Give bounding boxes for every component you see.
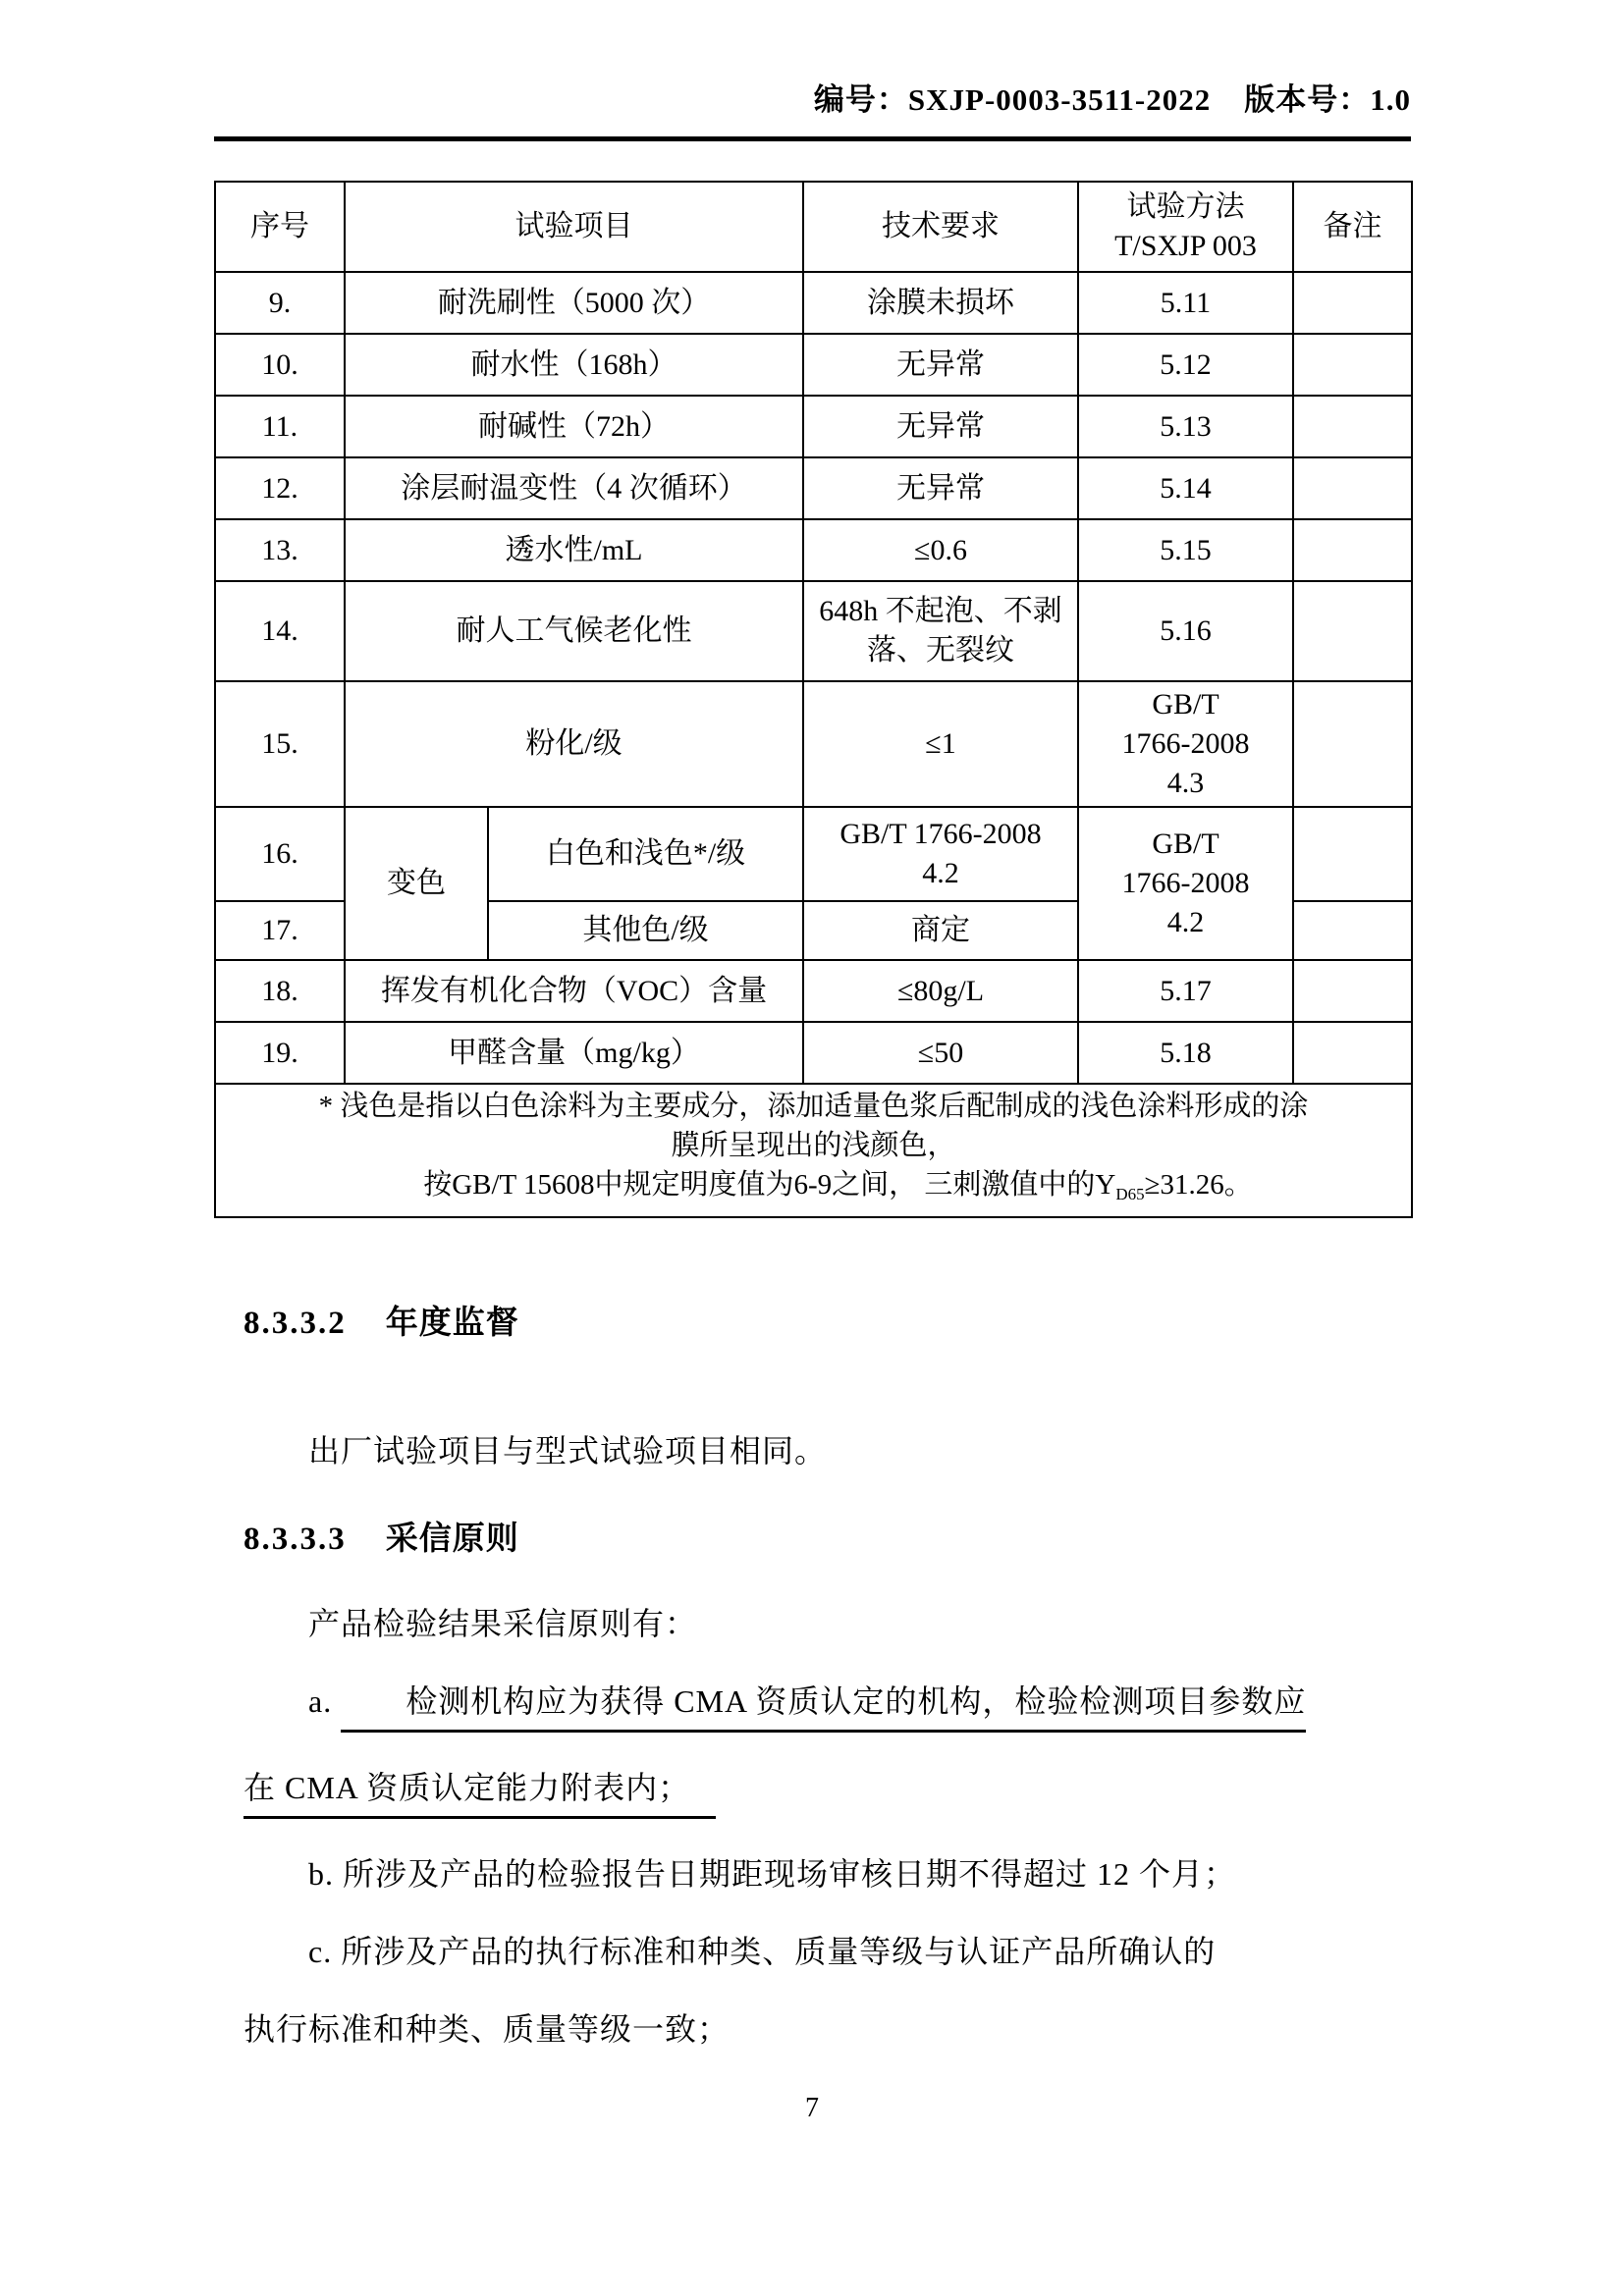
cell-requirement: 无异常 [803,334,1078,396]
paragraph-intro: 产品检验结果采信原则有： [214,1601,1411,1646]
cell-no: 17. [215,901,345,960]
cell-note [1293,960,1412,1022]
footnote-line1: * 浅色是指以白色涂料为主要成分，添加适量色浆后配制成的浅色涂料形成的涂 [222,1087,1405,1126]
paragraph-item-a-line1: a. 检测机构应为获得 CMA 资质认定的机构，检验检测项目参数应 [214,1679,1411,1733]
cell-requirement: 商定 [803,901,1078,960]
cell-item: 挥发有机化合物（VOC）含量 [345,960,803,1022]
table-row: 9. 耐洗刷性（5000 次） 涂膜未损坏 5.11 [215,272,1412,334]
section-number: 8.3.3.2 [244,1306,347,1341]
cell-sub-item: 白色和浅色*/级 [488,807,803,901]
cell-method: 5.14 [1078,457,1293,519]
col-header-method: 试验方法 T/SXJP 003 [1078,182,1293,272]
col-header-requirement: 技术要求 [803,182,1078,272]
cell-item: 透水性/mL [345,519,803,581]
cell-no: 13. [215,519,345,581]
cell-method: 5.16 [1078,581,1293,681]
requirement-line: 4.2 [810,854,1071,893]
cell-no: 10. [215,334,345,396]
method-line: 1766-2008 [1085,864,1286,903]
table-row: 18. 挥发有机化合物（VOC）含量 ≤80g/L 5.17 [215,960,1412,1022]
cell-note [1293,334,1412,396]
cell-no: 9. [215,272,345,334]
cell-method: 5.15 [1078,519,1293,581]
cell-no: 12. [215,457,345,519]
cell-requirement: ≤80g/L [803,960,1078,1022]
cell-method: GB/T 1766-2008 4.3 [1078,681,1293,807]
cell-no: 11. [215,396,345,457]
cell-no: 18. [215,960,345,1022]
footnote-line3-text: 按GB/T 15608中规定明度值为6-9之间， 三刺激值中的Y [423,1169,1115,1201]
method-line: GB/T [1085,825,1286,864]
col-header-no: 序号 [215,182,345,272]
table-row: 11. 耐碱性（72h） 无异常 5.13 [215,396,1412,457]
section-title: 采信原则 [386,1522,519,1557]
cell-method: GB/T 1766-2008 4.2 [1078,807,1293,960]
cell-item: 粉化/级 [345,681,803,807]
requirement-line: GB/T 1766-2008 [810,815,1071,854]
cell-no: 14. [215,581,345,681]
cell-note [1293,807,1412,901]
cell-requirement: ≤1 [803,681,1078,807]
cell-note [1293,457,1412,519]
table-row: 15. 粉化/级 ≤1 GB/T 1766-2008 4.3 [215,681,1412,807]
table-row: 14. 耐人工气候老化性 648h 不起泡、不剥落、无裂纹 5.16 [215,581,1412,681]
table-row: 12. 涂层耐温变性（4 次循环） 无异常 5.14 [215,457,1412,519]
item-a-underlined-text: 检测机构应为获得 CMA 资质认定的机构，检验检测项目参数应 [341,1679,1306,1733]
cell-method: 5.17 [1078,960,1293,1022]
cell-no: 19. [215,1022,345,1084]
cell-note [1293,272,1412,334]
section-heading-8332: 8.3.3.2年度监督 [214,1301,1411,1346]
document-header: 编号：SXJP-0003-3511-2022版本号：1.0 [214,75,1411,119]
cell-requirement: ≤0.6 [803,519,1078,581]
cell-requirement: 无异常 [803,457,1078,519]
table-row: 19. 甲醛含量（mg/kg） ≤50 5.18 [215,1022,1412,1084]
section-title: 年度监督 [386,1306,519,1341]
cell-requirement: 无异常 [803,396,1078,457]
cell-item: 耐洗刷性（5000 次） [345,272,803,334]
table-row: 13. 透水性/mL ≤0.6 5.15 [215,519,1412,581]
table-row: 16. 变色 白色和浅色*/级 GB/T 1766-2008 4.2 GB/T … [215,807,1412,901]
item-a-label: a. [308,1683,332,1719]
test-items-table: 序号 试验项目 技术要求 试验方法 T/SXJP 003 备注 9. 耐洗刷性（… [214,181,1413,1218]
cell-sub-item: 其他色/级 [488,901,803,960]
table-footnote: * 浅色是指以白色涂料为主要成分，添加适量色浆后配制成的浅色涂料形成的涂 膜所呈… [215,1084,1412,1217]
cell-note [1293,681,1412,807]
cell-note [1293,1022,1412,1084]
cell-item: 耐碱性（72h） [345,396,803,457]
header-rule [214,136,1411,141]
cell-note [1293,396,1412,457]
doc-version: 版本号：1.0 [1244,82,1411,117]
method-line: 4.3 [1085,764,1286,803]
cell-method: 5.13 [1078,396,1293,457]
method-line: GB/T [1085,685,1286,724]
cell-method: 5.11 [1078,272,1293,334]
paragraph-item-c-line1: c. 所涉及产品的执行标准和种类、质量等级与认证产品所确认的 [214,1929,1411,1974]
paragraph-factory-test: 出厂试验项目与型式试验项目相同。 [214,1428,1411,1473]
table-header-row: 序号 试验项目 技术要求 试验方法 T/SXJP 003 备注 [215,182,1412,272]
table-row: 10. 耐水性（168h） 无异常 5.12 [215,334,1412,396]
cell-requirement: ≤50 [803,1022,1078,1084]
cell-item: 涂层耐温变性（4 次循环） [345,457,803,519]
col-header-method-line2: T/SXJP 003 [1085,227,1286,266]
cell-method: 5.12 [1078,334,1293,396]
cell-requirement: 648h 不起泡、不剥落、无裂纹 [803,581,1078,681]
section-heading-8333: 8.3.3.3采信原则 [214,1517,1411,1562]
document-page: 编号：SXJP-0003-3511-2022版本号：1.0 序号 试验项目 技术… [0,0,1624,2296]
footnote-line2: 膜所呈现出的浅颜色， [222,1126,1405,1165]
item-a-underlined-text2: 在 CMA 资质认定能力附表内； [244,1765,716,1819]
cell-no: 16. [215,807,345,901]
cell-no: 15. [215,681,345,807]
col-header-note: 备注 [1293,182,1412,272]
paragraph-item-b: b. 所涉及产品的检验报告日期距现场审核日期不得超过 12 个月； [214,1851,1411,1896]
col-header-method-line1: 试验方法 [1085,187,1286,227]
footnote-subscript: D65 [1115,1185,1144,1203]
cell-item: 耐人工气候老化性 [345,581,803,681]
paragraph-item-a-line2: 在 CMA 资质认定能力附表内； [214,1765,1411,1819]
cell-note [1293,519,1412,581]
cell-method: 5.18 [1078,1022,1293,1084]
section-number: 8.3.3.3 [244,1522,347,1557]
method-line: 4.2 [1085,903,1286,942]
page-number: 7 [0,2093,1624,2124]
cell-item: 耐水性（168h） [345,334,803,396]
table-footnote-row: * 浅色是指以白色涂料为主要成分，添加适量色浆后配制成的浅色涂料形成的涂 膜所呈… [215,1084,1412,1217]
cell-note [1293,901,1412,960]
footnote-line3: 按GB/T 15608中规定明度值为6-9之间， 三刺激值中的YD65≥31.2… [222,1165,1405,1214]
cell-item: 甲醛含量（mg/kg） [345,1022,803,1084]
cell-requirement: GB/T 1766-2008 4.2 [803,807,1078,901]
cell-group-label: 变色 [345,807,488,960]
method-line: 1766-2008 [1085,724,1286,764]
cell-note [1293,581,1412,681]
cell-requirement: 涂膜未损坏 [803,272,1078,334]
col-header-item: 试验项目 [345,182,803,272]
content-area: 编号：SXJP-0003-3511-2022版本号：1.0 序号 试验项目 技术… [214,0,1411,2052]
paragraph-item-c-line2: 执行标准和种类、质量等级一致； [214,2006,1411,2052]
footnote-line3-tail: ≥31.26。 [1145,1169,1253,1201]
doc-number: 编号：SXJP-0003-3511-2022 [814,82,1211,117]
